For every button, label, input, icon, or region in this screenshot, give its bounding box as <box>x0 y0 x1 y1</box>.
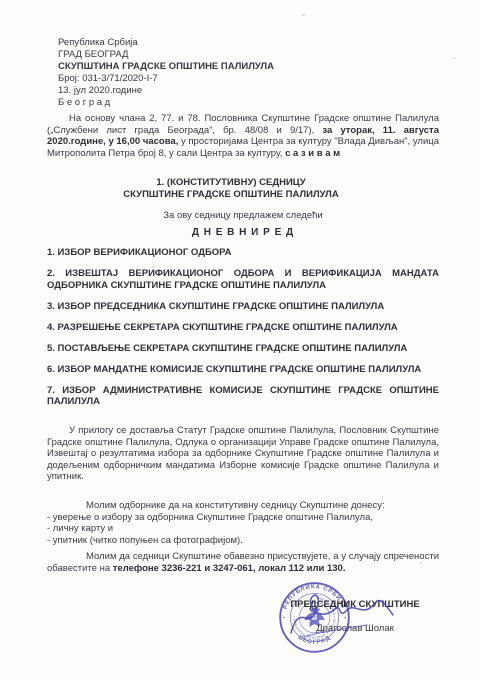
handwritten-signature <box>283 585 398 647</box>
contact-phones: телефоне 3236-221 и 3247-061, локал 112 … <box>113 563 346 574</box>
city-line: ГРАД БЕОГРАД <box>58 49 274 61</box>
scan-speck <box>302 14 305 16</box>
agenda-list: 1. ИЗБОР ВЕРИФИКАЦИОНОГ ОДБОРА 2. ИЗВЕШТ… <box>47 247 439 417</box>
agenda-heading: Д Н Е В Н И Р Е Д <box>47 227 439 238</box>
place-line: Б е о г р а д <box>58 97 274 109</box>
signature-ink-graphic <box>283 585 398 647</box>
session-title: 1. (КОНСТИТУТИВНУ) СЕДНИЦУ СКУПШТИНЕ ГРА… <box>35 177 427 201</box>
agenda-item: 6. ИЗБОР МАНДАТНЕ КОМИСИЈЕ СКУПШТИНЕ ГРА… <box>47 364 439 376</box>
intro-paragraph: На основу члана 2, 77. и 78. Пословника … <box>47 113 439 159</box>
date-line: 13. јул 2020.године <box>58 85 274 97</box>
agenda-proposal-line: За ову седницу предлажем следећи <box>47 210 439 221</box>
scanned-document-page: Република Србија ГРАД БЕОГРАД СКУПШТИНА … <box>0 0 480 680</box>
bring-list: - уверење о избору за одборника Скупштин… <box>47 512 439 546</box>
bring-item: - уверење о избору за одборника Скупштин… <box>47 512 439 523</box>
bring-intro-line: Молим одборнике да на конститутивну седн… <box>47 500 439 512</box>
letterhead: Република Србија ГРАД БЕОГРАД СКУПШТИНА … <box>58 37 274 109</box>
country-line: Република Србија <box>58 37 274 49</box>
institution-line: СКУПШТИНА ГРАДСКЕ ОПШТИНЕ ПАЛИЛУЛА <box>58 61 274 73</box>
agenda-item: 2. ИЗВЕШТАЈ ВЕРИФИКАЦИОНОГ ОДБОРА И ВЕРИ… <box>47 268 439 291</box>
scan-speck <box>453 57 455 59</box>
convene-word: с а з и в а м <box>285 148 340 159</box>
bring-item: - личну карту и <box>47 523 439 534</box>
agenda-item: 1. ИЗБОР ВЕРИФИКАЦИОНОГ ОДБОРА <box>47 247 439 259</box>
agenda-item: 7. ИЗБОР АДМИНИСТРАТИВНЕ КОМИСИЈЕ СКУПШТ… <box>47 385 439 408</box>
agenda-item: 3. ИЗБОР ПРЕДСЕДНИКА СКУПШТИНЕ ГРАДСКЕ О… <box>47 301 439 313</box>
session-title-line2: СКУПШТИНЕ ГРАДСКЕ ОПШТИНЕ ПАЛИЛУЛА <box>35 189 427 201</box>
bring-item: - упитник (читко попуњен са фотографијом… <box>47 535 439 546</box>
session-title-line1: 1. (КОНСТИТУТИВНУ) СЕДНИЦУ <box>35 177 427 189</box>
reference-number: Број: 031-3/71/2020-I-7 <box>58 73 274 85</box>
agenda-item: 5. ПОСТАВЉЕЊЕ СЕКРЕТАРА СКУПШТИНЕ ГРАДСК… <box>47 343 439 355</box>
attendance-paragraph: Молим да седници Скупштине обавезно прис… <box>47 551 439 574</box>
attachments-paragraph: У прилогу се доставља Статут Градске опш… <box>47 425 439 483</box>
agenda-item: 4. РАЗРЕШЕЊЕ СЕКРЕТАРА СКУПШТИНЕ ГРАДСКЕ… <box>47 322 439 334</box>
